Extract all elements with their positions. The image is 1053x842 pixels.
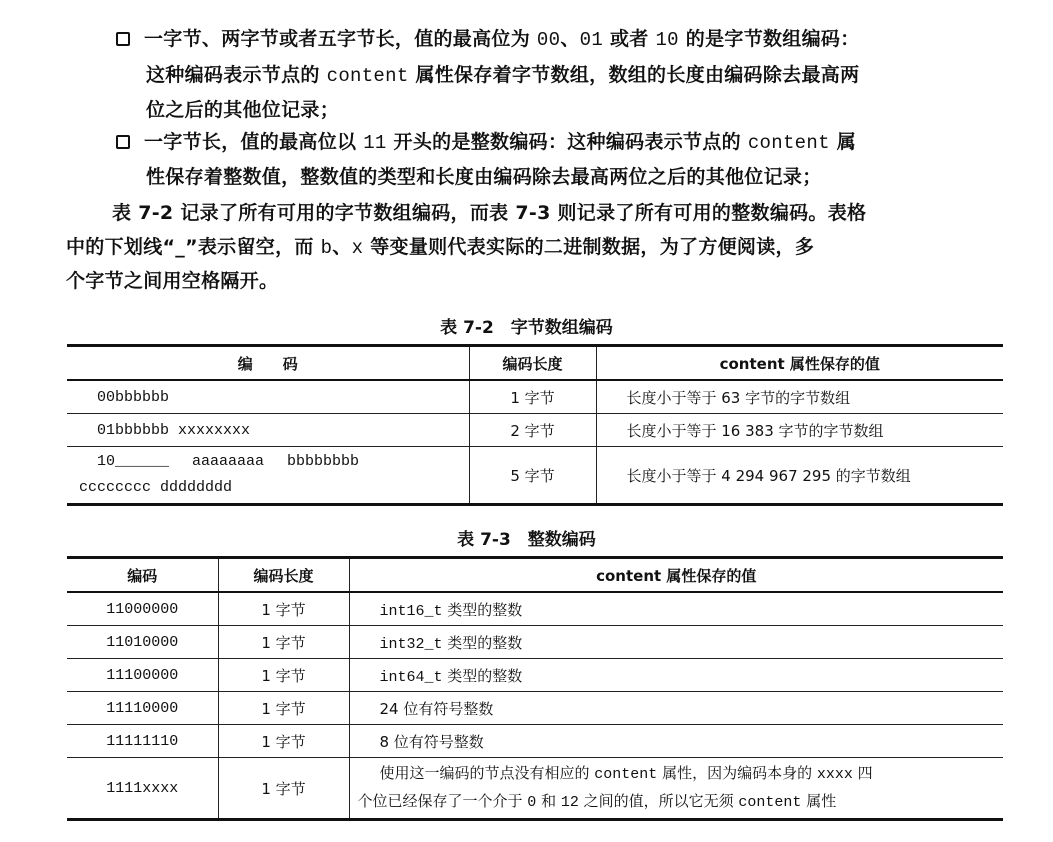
cell-code: 1111xxxx bbox=[67, 758, 218, 820]
cell-code: 01bbbbbb xxxxxxxx bbox=[67, 414, 469, 447]
text: 中的下划线“_”表示留空，而 bbox=[66, 236, 321, 258]
cell-length: 1 字节 bbox=[218, 758, 349, 820]
table-7-3-caption: 表 7-3 整数编码 bbox=[0, 525, 1053, 550]
cell-length: 1 字节 bbox=[469, 380, 596, 414]
code: b bbox=[321, 237, 333, 259]
bullet-2-line-2: 性保存着整数值，整数值的类型和长度由编码除去最高两位之后的其他位记录； bbox=[146, 160, 822, 194]
code: 01 bbox=[580, 29, 603, 51]
text: 属 bbox=[830, 131, 856, 153]
header-length: 编码长度 bbox=[469, 346, 596, 381]
code: content bbox=[327, 65, 409, 87]
code: content bbox=[594, 766, 657, 783]
table-7-3: 编码 编码长度 content 属性保存的值 11000000 1 字节 int… bbox=[67, 556, 1003, 821]
text: 一字节长，值的最高位以 bbox=[144, 131, 363, 153]
table-row: 11111110 1 字节 8 位有符号整数 bbox=[67, 725, 1003, 758]
cell-code: 11010000 bbox=[67, 626, 218, 659]
checkbox-bullet-icon bbox=[116, 135, 130, 149]
cell-length: 1 字节 bbox=[218, 692, 349, 725]
text: 位之后的其他位记录； bbox=[146, 99, 339, 121]
text: 或者 bbox=[603, 28, 655, 50]
text: 开头的是整数编码：这种编码表示节点的 bbox=[387, 131, 748, 153]
text: 的是字节数组编码： bbox=[679, 28, 860, 50]
value-line-2: 个位已经保存了一个介于 0 和 12 之间的值，所以它无须 content 属性 bbox=[358, 788, 1004, 816]
code: int16_t bbox=[380, 603, 443, 620]
cell-length: 1 字节 bbox=[218, 659, 349, 692]
table-row: 11110000 1 字节 24 位有符号整数 bbox=[67, 692, 1003, 725]
code: xxxx bbox=[817, 766, 853, 783]
text: 性保存着整数值，整数值的类型和长度由编码除去最高两位之后的其他位记录； bbox=[146, 166, 822, 188]
bullet-1-line-3: 位之后的其他位记录； bbox=[146, 93, 339, 127]
cell-length: 2 字节 bbox=[469, 414, 596, 447]
text: 属性 bbox=[801, 792, 836, 810]
table-row: 01bbbbbb xxxxxxxx 2 字节 长度小于等于 16 383 字节的… bbox=[67, 414, 1003, 447]
text: 类型的整数 bbox=[443, 667, 523, 685]
cell-length: 5 字节 bbox=[469, 447, 596, 505]
value-line-1: 使用这一编码的节点没有相应的 content 属性，因为编码本身的 xxxx 四 bbox=[358, 760, 1004, 788]
cell-value: 长度小于等于 4 294 967 295 的字节数组 bbox=[596, 447, 1003, 505]
code: 10 bbox=[655, 29, 678, 51]
text: 这种编码表示节点的 bbox=[146, 64, 327, 86]
header-value: content 属性保存的值 bbox=[349, 558, 1003, 593]
table-row: 11000000 1 字节 int16_t 类型的整数 bbox=[67, 592, 1003, 626]
text: 表 7-2 记录了所有可用的字节数组编码，而表 7-3 则记录了所有可用的整数编… bbox=[112, 202, 866, 224]
header-length: 编码长度 bbox=[218, 558, 349, 593]
code: content bbox=[748, 132, 830, 154]
text: 使用这一编码的节点没有相应的 bbox=[380, 764, 595, 782]
cell-code: 00bbbbbb bbox=[67, 380, 469, 414]
header-value: content 属性保存的值 bbox=[596, 346, 1003, 381]
header-code: 编码 bbox=[67, 558, 218, 593]
code: content bbox=[738, 794, 801, 811]
text: 个位已经保存了一个介于 bbox=[358, 792, 528, 810]
text: 等变量则代表实际的二进制数据，为了方便阅读，多 bbox=[363, 236, 814, 258]
bullet-1-line-2: 这种编码表示节点的 content 属性保存着字节数组，数组的长度由编码除去最高… bbox=[146, 58, 859, 93]
cell-value: 8 位有符号整数 bbox=[349, 725, 1003, 758]
cell-length: 1 字节 bbox=[218, 592, 349, 626]
code-line-2: cccccccc dddddddd bbox=[79, 475, 469, 501]
text: 、 bbox=[560, 28, 579, 50]
bullet-2-line-1: 一字节长，值的最高位以 11 开头的是整数编码：这种编码表示节点的 conten… bbox=[144, 125, 856, 160]
cell-value: int32_t 类型的整数 bbox=[349, 626, 1003, 659]
table-header-row: 编码 编码长度 content 属性保存的值 bbox=[67, 558, 1003, 593]
cell-length: 1 字节 bbox=[218, 626, 349, 659]
body-line-1: 表 7-2 记录了所有可用的字节数组编码，而表 7-3 则记录了所有可用的整数编… bbox=[112, 196, 866, 230]
cell-value: int16_t 类型的整数 bbox=[349, 592, 1003, 626]
code-line-1: 10______ aaaaaaaa bbbbbbbb bbox=[79, 449, 469, 475]
table-7-2-caption: 表 7-2 字节数组编码 bbox=[0, 313, 1053, 338]
body-line-2: 中的下划线“_”表示留空，而 b、x 等变量则代表实际的二进制数据，为了方便阅读… bbox=[66, 230, 814, 265]
header-code: 编 码 bbox=[67, 346, 469, 381]
code: x bbox=[352, 237, 364, 259]
checkbox-bullet-icon bbox=[116, 32, 130, 46]
table-7-2: 编 码 编码长度 content 属性保存的值 00bbbbbb 1 字节 长度… bbox=[67, 344, 1003, 506]
cell-code: 11100000 bbox=[67, 659, 218, 692]
code: 0 bbox=[527, 794, 536, 811]
code: int64_t bbox=[380, 669, 443, 686]
cell-value: 24 位有符号整数 bbox=[349, 692, 1003, 725]
table-row: 1111xxxx 1 字节 使用这一编码的节点没有相应的 content 属性，… bbox=[67, 758, 1003, 820]
code: 00 bbox=[537, 29, 560, 51]
table-row: 11100000 1 字节 int64_t 类型的整数 bbox=[67, 659, 1003, 692]
bullet-1-line-1: 一字节、两字节或者五字节长，值的最高位为 00、01 或者 10 的是字节数组编… bbox=[144, 22, 860, 57]
text: 四 bbox=[853, 764, 873, 782]
text: 一字节、两字节或者五字节长，值的最高位为 bbox=[144, 28, 537, 50]
body-line-3: 个字节之间用空格隔开。 bbox=[66, 264, 278, 298]
table-row: 11010000 1 字节 int32_t 类型的整数 bbox=[67, 626, 1003, 659]
code: 11 bbox=[363, 132, 386, 154]
text: 之间的值，所以它无须 bbox=[579, 792, 739, 810]
table-row: 10______ aaaaaaaa bbbbbbbb cccccccc dddd… bbox=[67, 447, 1003, 505]
text: 、 bbox=[332, 236, 351, 258]
table-row: 00bbbbbb 1 字节 长度小于等于 63 字节的字节数组 bbox=[67, 380, 1003, 414]
text: 个字节之间用空格隔开。 bbox=[66, 270, 278, 292]
text: 类型的整数 bbox=[443, 634, 523, 652]
cell-value: 长度小于等于 63 字节的字节数组 bbox=[596, 380, 1003, 414]
code: 12 bbox=[561, 794, 579, 811]
text: 属性，因为编码本身的 bbox=[657, 764, 817, 782]
cell-value: 长度小于等于 16 383 字节的字节数组 bbox=[596, 414, 1003, 447]
text: 属性保存着字节数组，数组的长度由编码除去最高两 bbox=[409, 64, 860, 86]
cell-code: 11111110 bbox=[67, 725, 218, 758]
cell-length: 1 字节 bbox=[218, 725, 349, 758]
cell-value: 使用这一编码的节点没有相应的 content 属性，因为编码本身的 xxxx 四… bbox=[349, 758, 1003, 820]
cell-code: 11000000 bbox=[67, 592, 218, 626]
cell-code: 10______ aaaaaaaa bbbbbbbb cccccccc dddd… bbox=[67, 447, 469, 505]
cell-code: 11110000 bbox=[67, 692, 218, 725]
cell-value: int64_t 类型的整数 bbox=[349, 659, 1003, 692]
code: int32_t bbox=[380, 636, 443, 653]
text: 和 bbox=[536, 792, 561, 810]
table-header-row: 编 码 编码长度 content 属性保存的值 bbox=[67, 346, 1003, 381]
text: 类型的整数 bbox=[443, 601, 523, 619]
